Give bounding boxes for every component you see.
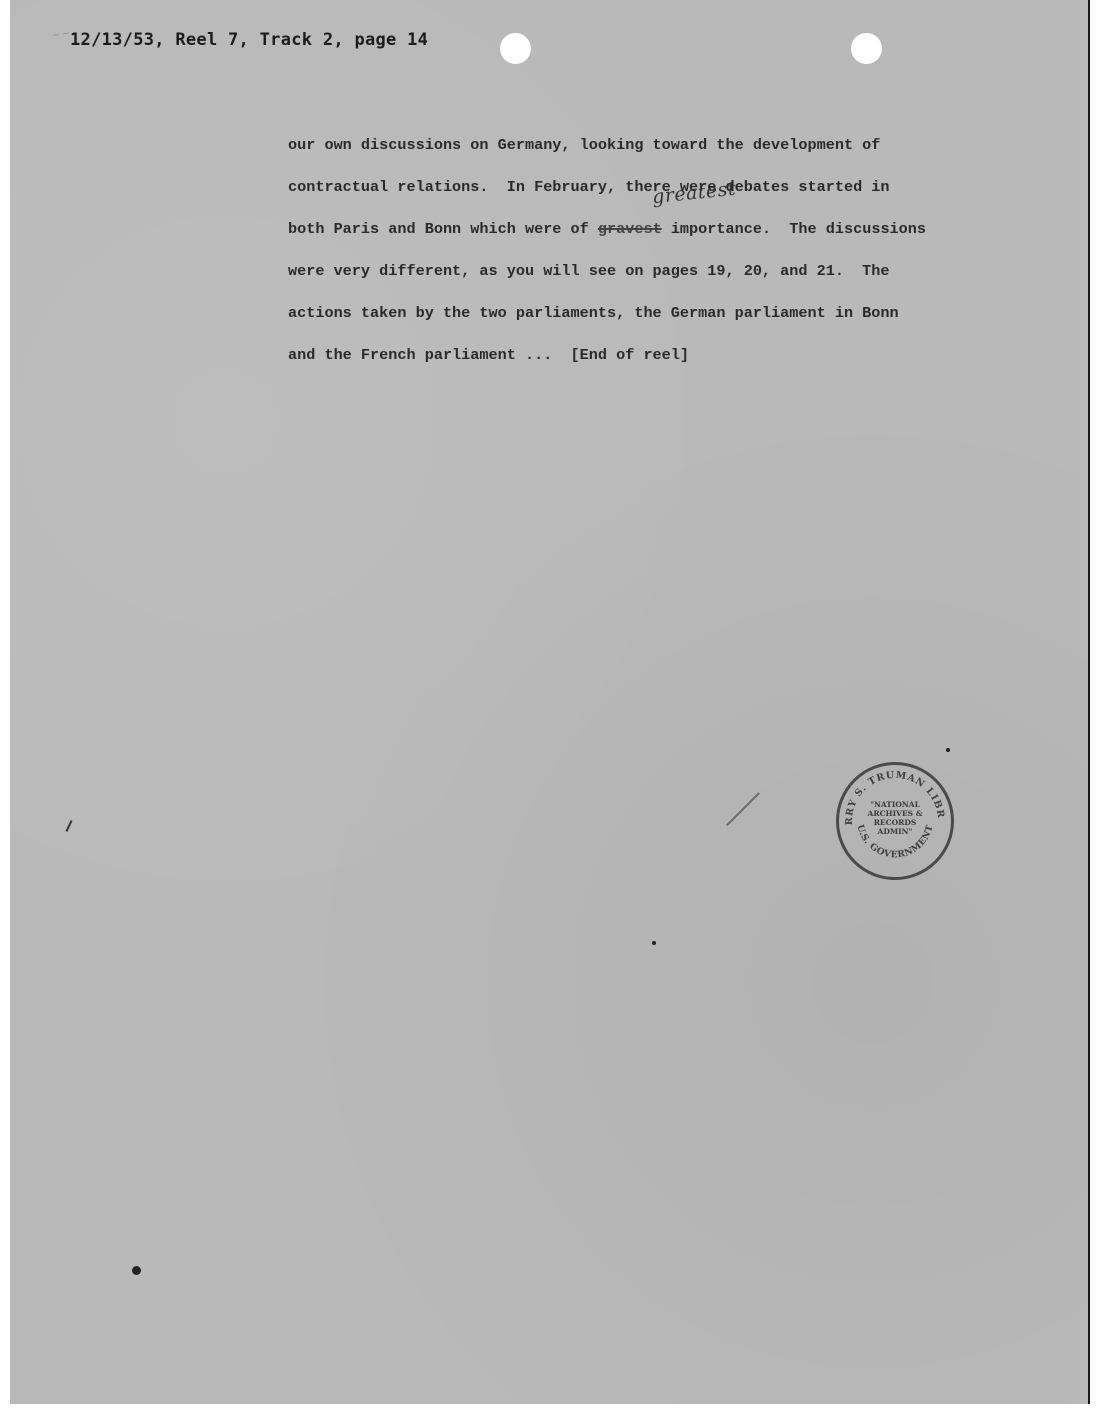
body-line-4: were very different, as you will see on …	[288, 250, 1048, 292]
stamp-center-text: "NATIONAL ARCHIVES & RECORDS ADMIN"	[861, 800, 929, 836]
line3-text-after: importance. The discussions	[662, 220, 926, 238]
struck-word: gravest	[598, 220, 662, 238]
ink-speck	[652, 941, 656, 945]
body-line-1: our own discussions on Germany, looking …	[288, 124, 1048, 166]
body-line-5: actions taken by the two parliaments, th…	[288, 292, 1048, 334]
ink-speck	[946, 748, 950, 752]
stamp-center-line-4: ADMIN"	[861, 827, 929, 836]
punch-hole-left	[500, 33, 531, 64]
body-line-3: both Paris and Bonn which were of graves…	[288, 208, 1048, 250]
body-line-6: and the French parliament ... [End of re…	[288, 334, 1048, 376]
document-page: ~ ~ 12/13/53, Reel 7, Track 2, page 14 o…	[10, 0, 1090, 1404]
stamp-center-line-1: "NATIONAL	[861, 800, 929, 809]
ink-dot	[132, 1266, 141, 1275]
pencil-stroke	[726, 792, 760, 826]
faint-pencil-mark: ~ ~	[51, 29, 70, 41]
pencil-mark	[66, 820, 73, 832]
stamp-center-line-2: ARCHIVES &	[861, 809, 929, 818]
punch-hole-right	[851, 33, 882, 64]
transcript-body: our own discussions on Germany, looking …	[288, 124, 1048, 376]
truman-library-stamp: HARRY S. TRUMAN LIBRARY U.S. GOVERNMENT …	[836, 762, 954, 880]
page-header: 12/13/53, Reel 7, Track 2, page 14	[70, 30, 428, 50]
stamp-center-line-3: RECORDS	[861, 818, 929, 827]
line3-text-before: both Paris and Bonn which were of	[288, 220, 598, 238]
